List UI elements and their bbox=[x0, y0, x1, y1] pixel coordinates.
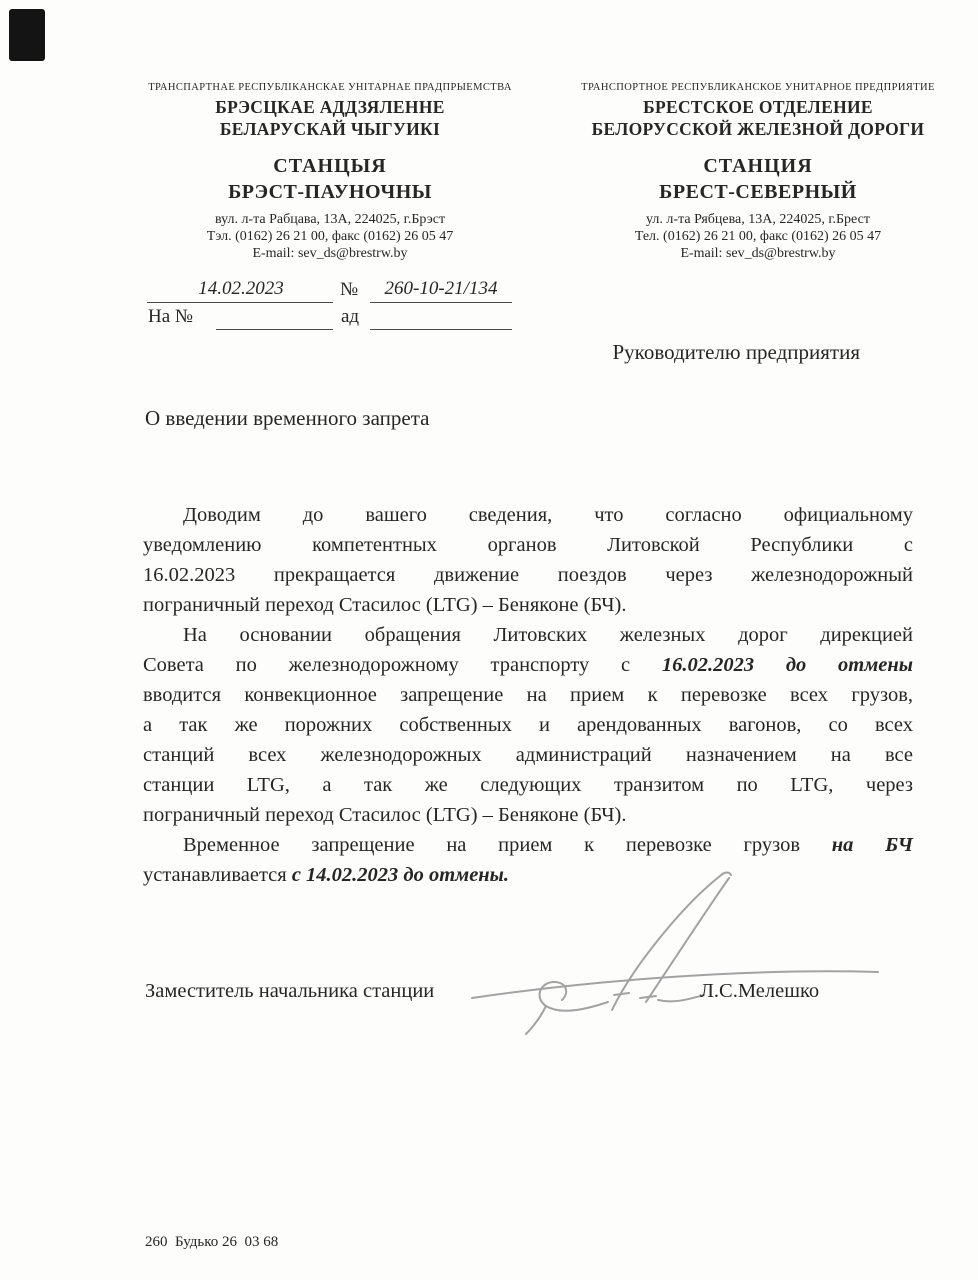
letter-body: Доводим до вашего сведения, что согласно… bbox=[143, 500, 913, 890]
station-label-right: СТАНЦИЯ bbox=[552, 155, 964, 178]
email-line-left: E-mail: sev_ds@brestrw.by bbox=[130, 245, 530, 262]
email-line-right: E-mail: sev_ds@brestrw.by bbox=[552, 245, 964, 262]
paragraph-segment: пограничный переход Стасилос (LTG) – Бен… bbox=[143, 594, 627, 616]
org-name-left-line2: БЕЛАРУСКАЙ ЧЫГУИКІ bbox=[130, 118, 530, 140]
executor-note: 260 Будько 26 03 68 bbox=[145, 1234, 278, 1251]
signature-title: Заместитель начальника станции bbox=[145, 980, 434, 1003]
letter-line: уведомлению компетентных органов Литовск… bbox=[143, 530, 913, 560]
org-name-right-line2: БЕЛОРУССКОЙ ЖЕЛЕЗНОЙ ДОРОГИ bbox=[552, 118, 964, 140]
org-name-right-line1: БРЕСТСКОЕ ОТДЕЛЕНИЕ bbox=[552, 96, 964, 118]
paragraph-segment: устанавливается bbox=[143, 864, 292, 886]
paragraph-segment: пограничный переход Стасилос (LTG) – Бен… bbox=[143, 804, 627, 826]
paragraph-segment: а так же порожних собственных и арендова… bbox=[143, 714, 913, 736]
letter-paragraph: Доводим до вашего сведения, что согласно… bbox=[143, 500, 913, 620]
date-underline bbox=[147, 302, 333, 303]
org-type-line-right: ТРАНСПОРТНОЕ РЕСПУБЛИКАНСКОЕ УНИТАРНОЕ П… bbox=[552, 82, 964, 93]
letterhead-left: ТРАНСПАРТНАЕ РЕСПУБЛІКАНСКАЕ УНІТАРНАЕ П… bbox=[130, 82, 530, 262]
paragraph-segment: Доводим до вашего сведения, что согласно… bbox=[183, 504, 913, 526]
letter-line: пограничный переход Стасилос (LTG) – Бен… bbox=[143, 800, 913, 830]
contact-block-left: вул. л-та Рабцава, 13А, 224025, г.Брэст … bbox=[130, 211, 530, 262]
number-sign: № bbox=[340, 279, 358, 301]
station-name-right: БРЕСТ-СЕВЕРНЫЙ bbox=[552, 181, 964, 204]
org-name-left-line1: БРЭСЦКАЕ АДДЗЯЛЕННЕ bbox=[130, 96, 530, 118]
reply-to-label: На № bbox=[148, 306, 193, 328]
paragraph-segment: станций всех железнодорожных администрац… bbox=[143, 744, 913, 766]
reply-to-underline bbox=[216, 329, 333, 330]
letter-paragraph: На основании обращения Литовских железны… bbox=[143, 620, 913, 830]
phone-line-right: Тел. (0162) 26 21 00, факс (0162) 26 05 … bbox=[552, 228, 964, 245]
letter-number: 260-10-21/134 bbox=[372, 278, 510, 300]
handwritten-signature bbox=[440, 848, 900, 1038]
org-type-line-left: ТРАНСПАРТНАЕ РЕСПУБЛІКАНСКАЕ УНІТАРНАЕ П… bbox=[130, 82, 530, 93]
letter-line: станций всех железнодорожных администрац… bbox=[143, 740, 913, 770]
paragraph-segment: 16.02.2023 до отмены bbox=[662, 654, 913, 676]
reply-from-underline bbox=[370, 329, 512, 330]
letter-line: Совета по железнодорожному транспорту с … bbox=[143, 650, 913, 680]
address-line-left: вул. л-та Рабцава, 13А, 224025, г.Брэст bbox=[130, 211, 530, 228]
scan-corner-artifact bbox=[9, 9, 45, 61]
paragraph-segment: На основании обращения Литовских железны… bbox=[183, 624, 913, 646]
letterhead-right: ТРАНСПОРТНОЕ РЕСПУБЛИКАНСКОЕ УНИТАРНОЕ П… bbox=[552, 82, 964, 262]
paragraph-segment: вводится конвекционное запрещение на при… bbox=[143, 684, 913, 706]
letter-line: 16.02.2023 прекращается движение поездов… bbox=[143, 560, 913, 590]
letter-line: пограничный переход Стасилос (LTG) – Бен… bbox=[143, 590, 913, 620]
letter-line: станции LTG, а так же следующих транзито… bbox=[143, 770, 913, 800]
reply-from-label: ад bbox=[341, 306, 359, 328]
number-underline bbox=[370, 302, 512, 303]
contact-block-right: ул. л-та Рябцева, 13А, 224025, г.Брест Т… bbox=[552, 211, 964, 262]
letter-date: 14.02.2023 bbox=[150, 278, 332, 300]
address-line-right: ул. л-та Рябцева, 13А, 224025, г.Брест bbox=[552, 211, 964, 228]
phone-line-left: Тэл. (0162) 26 21 00, факс (0162) 26 05 … bbox=[130, 228, 530, 245]
paragraph-segment: станции LTG, а так же следующих транзито… bbox=[143, 774, 913, 796]
letter-line: а так же порожних собственных и арендова… bbox=[143, 710, 913, 740]
station-label-left: СТАНЦЫЯ bbox=[130, 155, 530, 178]
letter-line: вводится конвекционное запрещение на при… bbox=[143, 680, 913, 710]
letter-line: На основании обращения Литовских железны… bbox=[143, 620, 913, 650]
paragraph-segment: 16.02.2023 прекращается движение поездов… bbox=[143, 564, 913, 586]
paragraph-segment: уведомлению компетентных органов Литовск… bbox=[143, 534, 913, 556]
station-name-left: БРЭСТ-ПАУНОЧНЫ bbox=[130, 181, 530, 204]
scanned-letter-page: ТРАНСПАРТНАЕ РЕСПУБЛІКАНСКАЕ УНІТАРНАЕ П… bbox=[0, 0, 978, 1280]
letter-line: Доводим до вашего сведения, что согласно… bbox=[143, 500, 913, 530]
subject-line: О введении временного запрета bbox=[145, 406, 429, 431]
paragraph-segment: Совета по железнодорожному транспорту с bbox=[143, 654, 662, 676]
signature-name: Л.С.Мелешко bbox=[700, 980, 819, 1003]
addressee: Руководителю предприятия bbox=[440, 340, 860, 365]
